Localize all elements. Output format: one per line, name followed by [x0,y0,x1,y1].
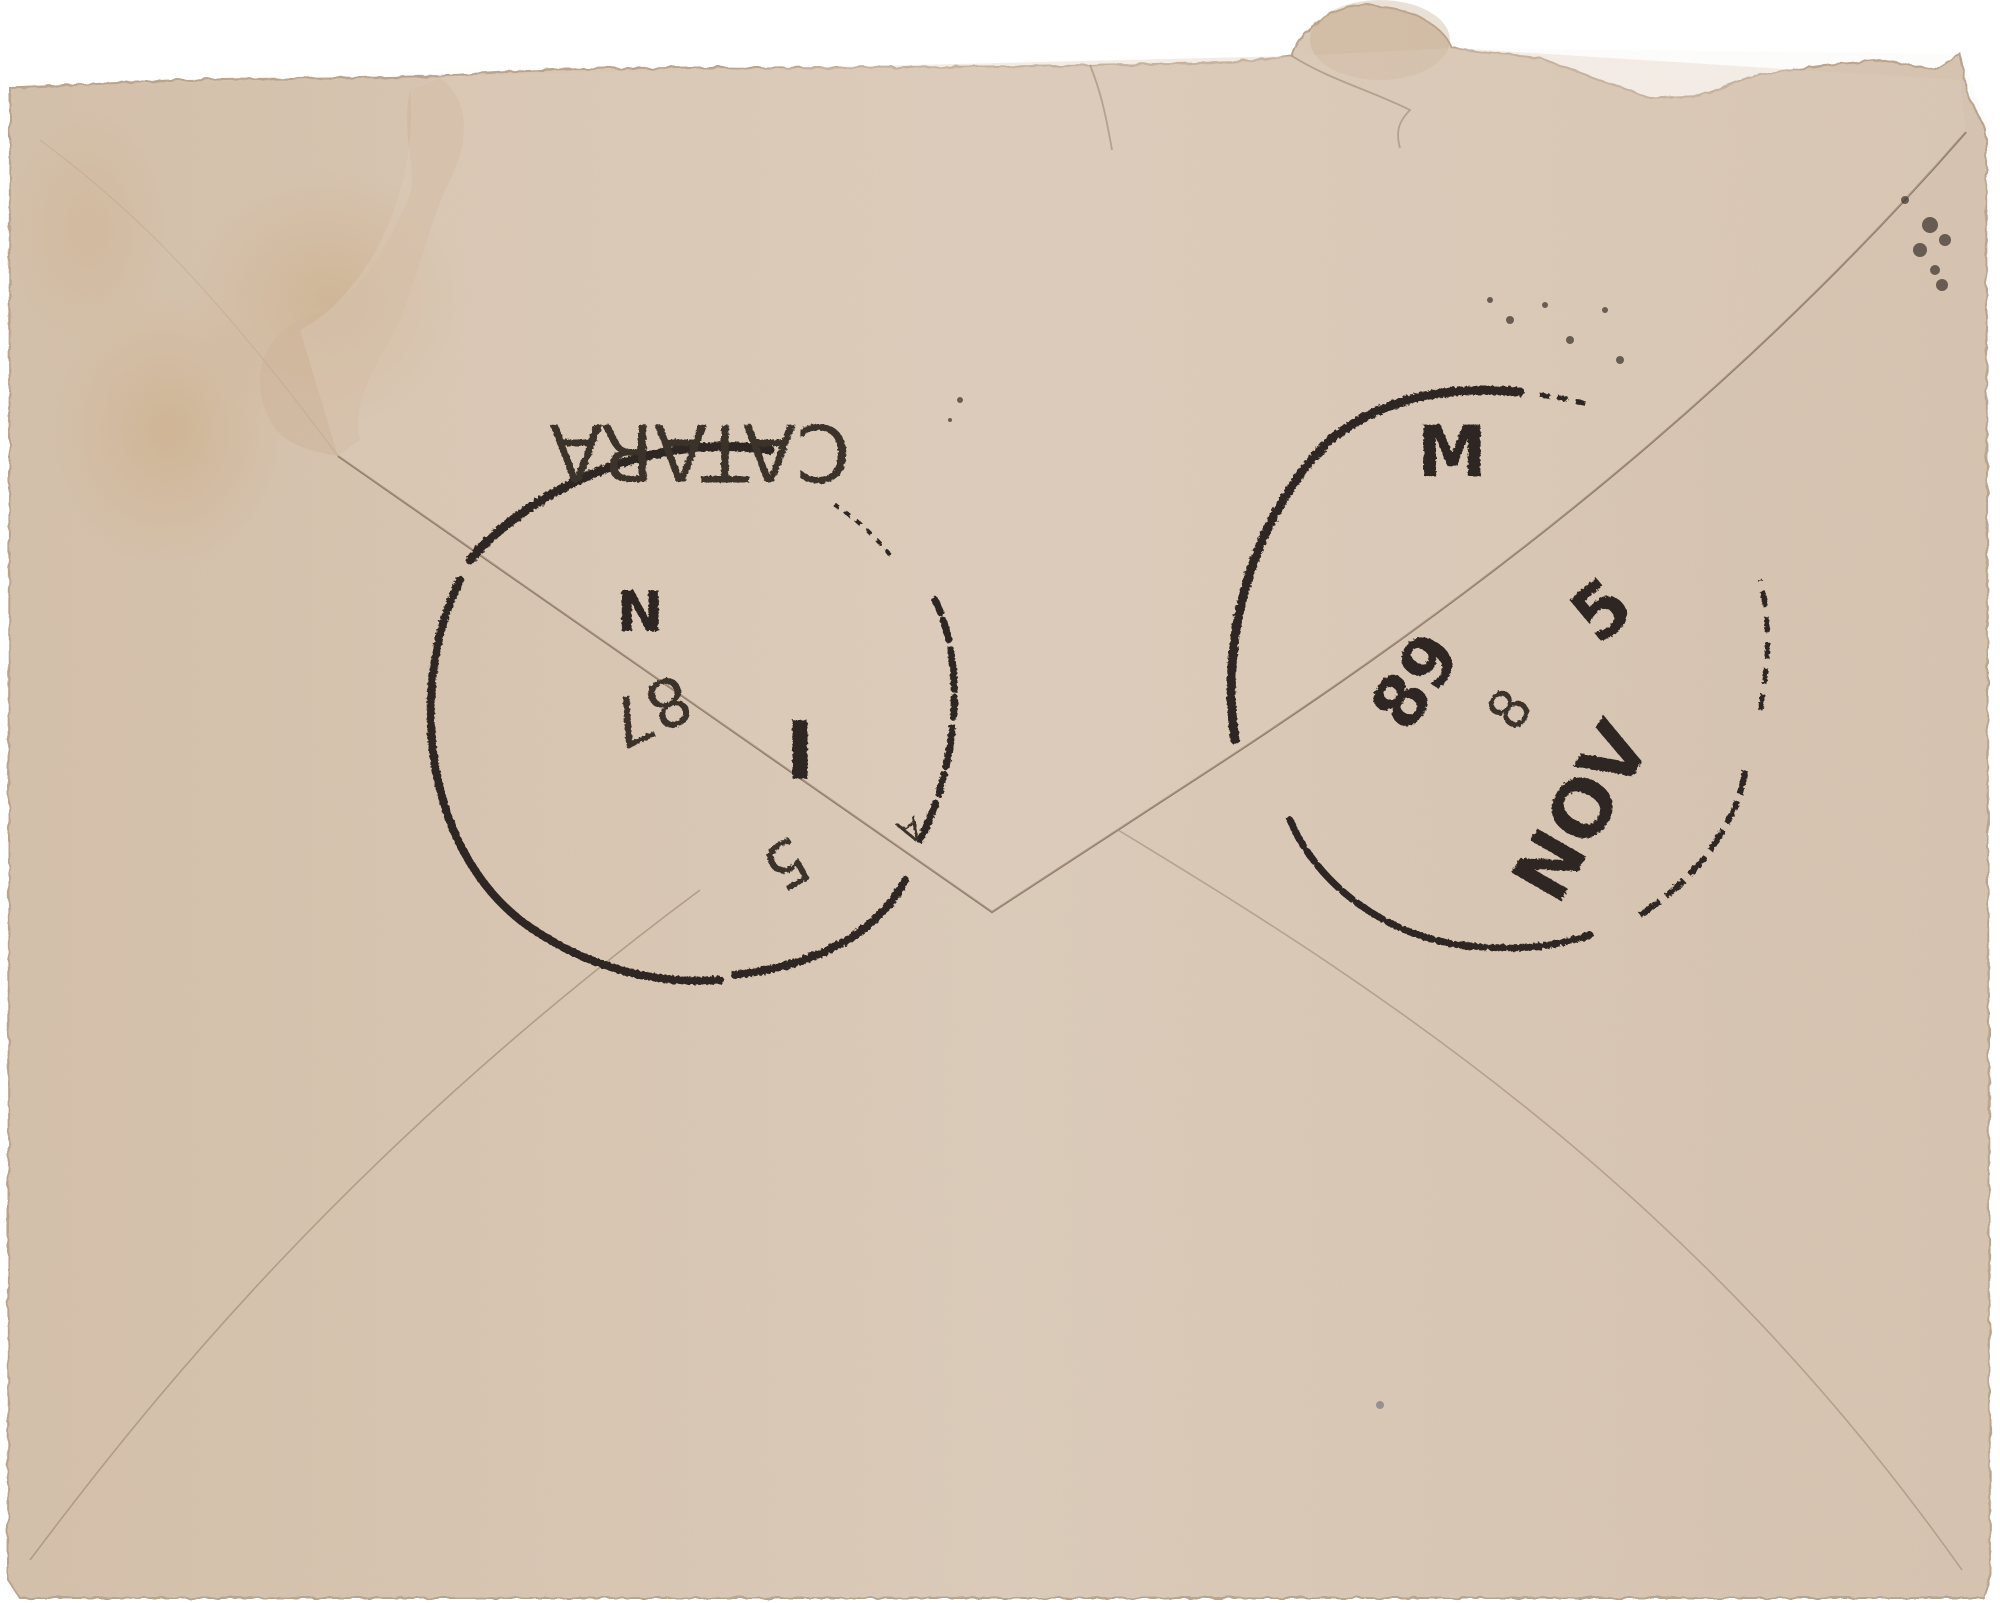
left-postmark-rim-text: CATARA [549,406,850,496]
left-postmark-line-3: I [785,701,815,794]
envelope-scene: CATARA 5 87 I N A M 5 NOV [0,0,2000,1603]
left-postmark-line-4: N [617,576,664,641]
right-postmark-rim-text: M [1417,411,1487,493]
envelope-illustration: CATARA 5 87 I N A M 5 NOV [0,0,2000,1603]
